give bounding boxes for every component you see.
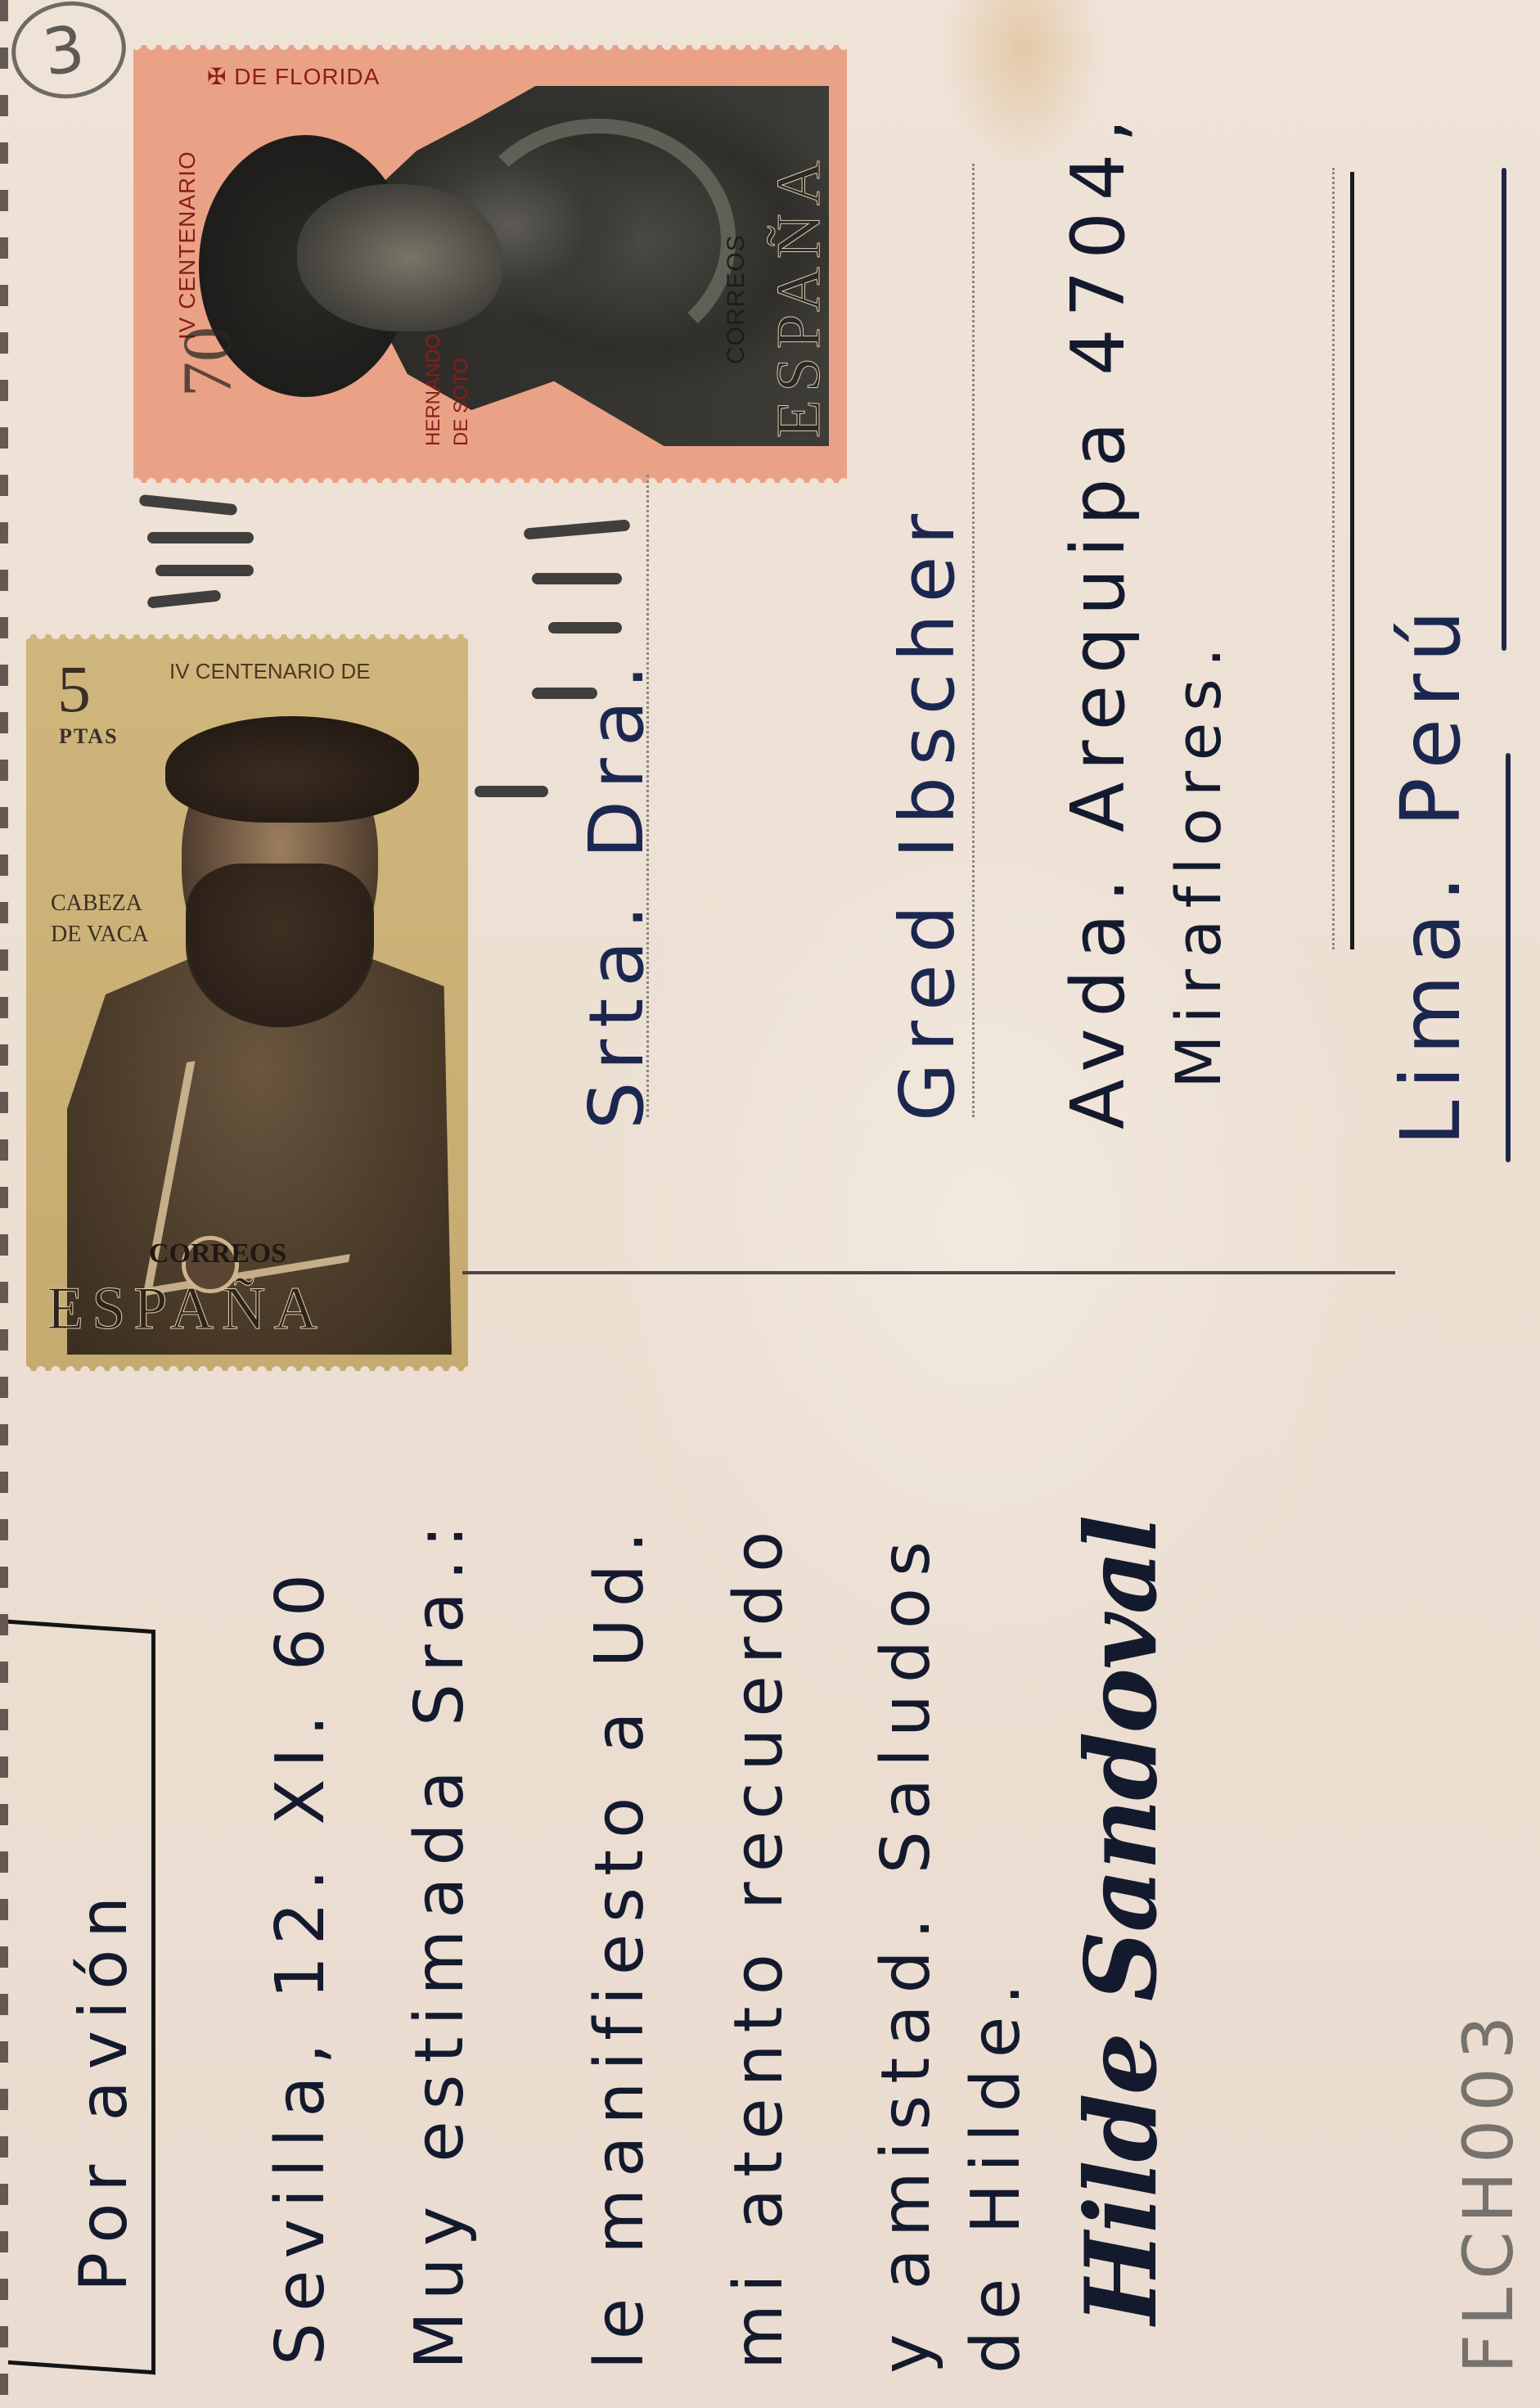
postmark-bar (524, 519, 631, 539)
stamp-unit: PTAS (59, 724, 119, 749)
postmark-bar (155, 565, 254, 576)
portrait-hat (165, 716, 419, 823)
portrait-beard (186, 864, 374, 1027)
stamp-postal-text: CORREOS (149, 1238, 286, 1269)
address-line-dotted (972, 164, 975, 1117)
message-line: y amistad. Saludos (867, 1530, 945, 2374)
address-title: Srta. Dra. (573, 654, 660, 1130)
address-line-dotted (1332, 168, 1335, 949)
postmark-bar (147, 589, 222, 608)
address-city-country: Lima. Perú (1383, 598, 1479, 1146)
stamp-country: ESPAÑA (763, 152, 835, 438)
portrait-collar (461, 119, 736, 361)
archive-number: 3 (38, 12, 89, 91)
stamp-value: 5 (57, 651, 91, 728)
message-line: Muy estimada Sra.: (401, 1513, 479, 2370)
postcard: 3 ✠ DE FLORIDA IV CENTENARIO HERNANDO DE… (0, 0, 1540, 2408)
stamp-series-text: IV CENTENARIO DE (169, 659, 371, 684)
stamp-subject-line: DE VACA (51, 919, 149, 950)
underline-lima (1506, 753, 1511, 1162)
stamp-postal-text: CORREOS (723, 234, 750, 364)
routing-note: Por avión (65, 1885, 142, 2292)
postmark-bar (147, 532, 254, 543)
address-line-solid (1350, 172, 1354, 949)
message-address-divider (462, 1271, 1395, 1274)
stamp-subject-line: CABEZA (51, 888, 149, 919)
stamp-value: 70 (166, 327, 248, 397)
stamp-country: ESPAÑA (47, 1274, 326, 1344)
stamp-series-text: ✠ DE FLORIDA (207, 63, 380, 90)
message-line-date: Sevilla, 12. XI. 60 (262, 1562, 340, 2365)
stamp-subject-line: HERNANDO (420, 334, 448, 446)
stamp-subject-line: DE SOTO (448, 334, 475, 446)
address-district: Miraflores. (1162, 636, 1235, 1089)
stamp-series-text-side: IV CENTENARIO (174, 151, 200, 340)
stamp-hernando-de-soto: ✠ DE FLORIDA IV CENTENARIO HERNANDO DE S… (133, 45, 847, 483)
card-edge-scan-artifact (0, 0, 8, 2408)
stamp-subject: CABEZA DE VACA (51, 888, 149, 950)
message-line: de Hilde. (957, 1973, 1035, 2374)
underline-peru (1502, 168, 1506, 651)
stamp-cabeza-de-vaca: 5 PTAS IV CENTENARIO DE CABEZA DE VACA C… (26, 634, 468, 1371)
message-line: mi atento recuerdo (720, 1520, 798, 2370)
postmark-bar (532, 573, 622, 584)
address-name: Gred Ibscher (884, 503, 971, 1121)
signature: Hilde Sandoval (1064, 1517, 1179, 2325)
archive-number-circle: 3 (5, 0, 132, 106)
postmark-bar (548, 622, 622, 634)
stamp-subject: HERNANDO DE SOTO (420, 334, 475, 446)
postmark-bar (139, 494, 238, 516)
catalog-code: FLCH003 (1448, 2008, 1529, 2374)
address-street: Avda. Arequipa 4704, (1056, 107, 1141, 1130)
message-line: le manifiesto a Ud. (581, 1520, 659, 2370)
postmark-bar (475, 786, 548, 797)
